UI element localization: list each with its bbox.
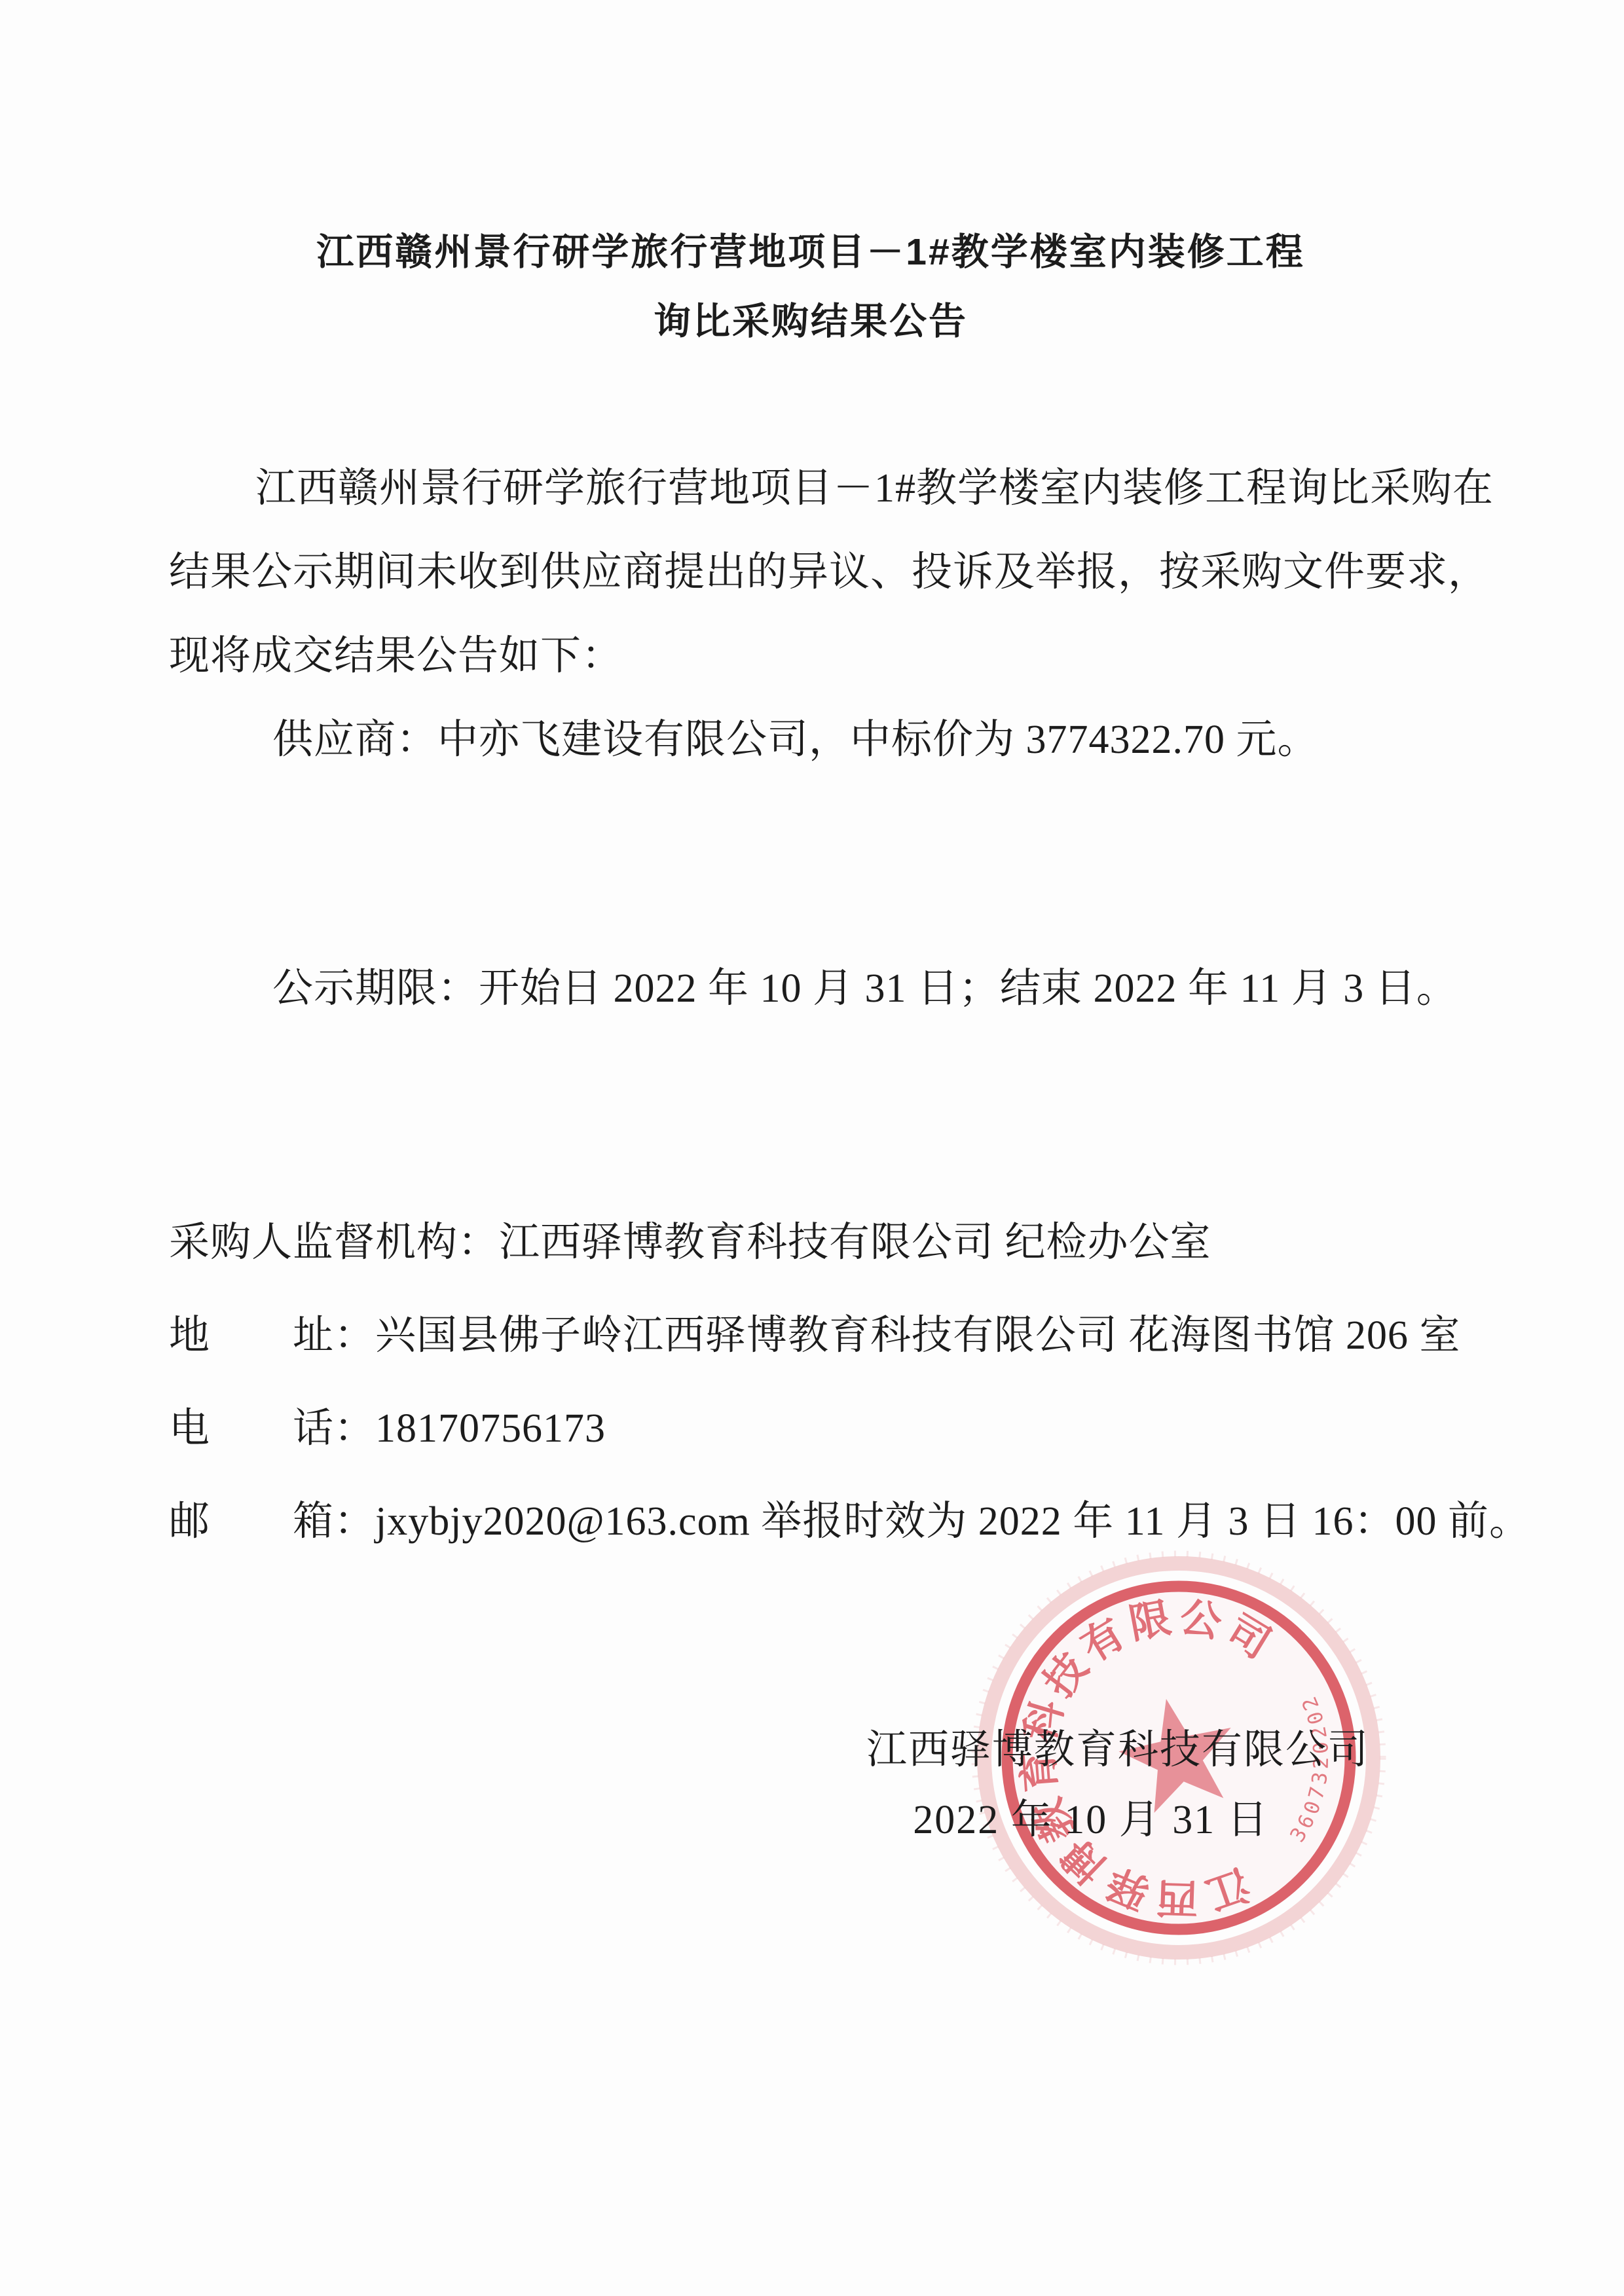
intro-paragraph: 江西赣州景行研学旅行营地项目－1#教学楼室内装修工程询比采购在 结果公示期间未收…: [169, 446, 1452, 698]
document-title: 江西赣州景行研学旅行营地项目－1#教学楼室内装修工程 询比采购结果公告: [169, 217, 1452, 356]
document-page: 江西赣州景行研学旅行营地项目－1#教学楼室内装修工程 询比采购结果公告 江西赣州…: [0, 0, 1624, 2296]
publicity-period-line: 公示期限：开始日 2022 年 10 月 31 日；结束 2022 年 11 月…: [169, 947, 1452, 1030]
signature-date: 2022 年 10 月 31 日: [842, 1797, 1340, 1843]
paragraph-line: 结果公示期间未收到供应商提出的异议、投诉及举报，按采购文件要求，: [169, 530, 1452, 614]
title-line-1: 江西赣州景行研学旅行营地项目－1#教学楼室内装修工程: [169, 217, 1452, 287]
paragraph-line: 江西赣州景行研学旅行营地项目－1#教学楼室内装修工程询比采购在: [169, 446, 1452, 530]
signature-company: 江西驿博教育科技有限公司: [856, 1727, 1380, 1773]
phone-line: 电 话：18170756173: [169, 1387, 1452, 1470]
title-line-2: 询比采购结果公告: [169, 287, 1452, 356]
paragraph-line: 现将成交结果公告如下：: [169, 614, 1452, 698]
supervisor-line: 采购人监督机构：江西驿博教育科技有限公司 纪检办公室: [169, 1201, 1452, 1285]
supplier-result-line: 供应商：中亦飞建设有限公司，中标价为 3774322.70 元。: [169, 698, 1452, 782]
address-line: 地 址：兴国县佛子岭江西驿博教育科技有限公司 花海图书馆 206 室: [169, 1294, 1452, 1377]
